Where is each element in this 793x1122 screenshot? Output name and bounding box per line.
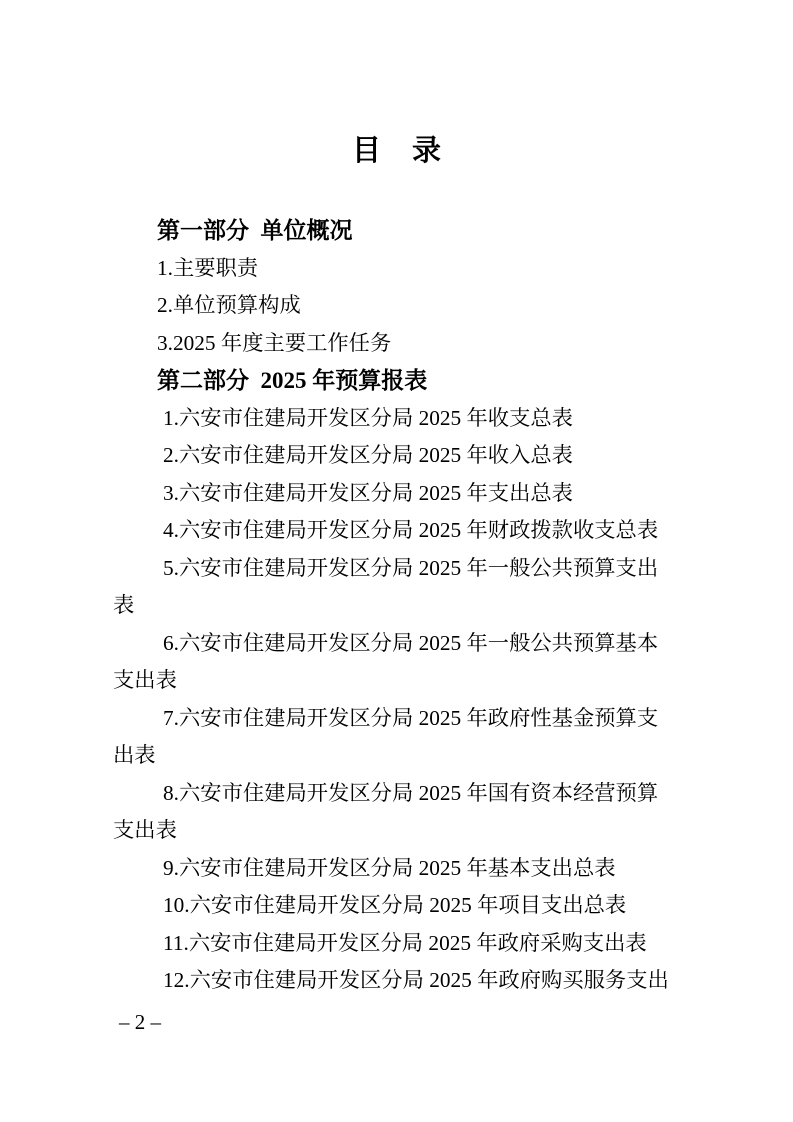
toc-item-line: 5.六安市住建局开发区分局 2025 年一般公共预算支出: [113, 550, 681, 588]
toc-item: 3.2025 年度主要工作任务: [113, 325, 681, 363]
toc-item: 9.六安市住建局开发区分局 2025 年基本支出总表: [113, 850, 681, 888]
toc-item-line: 11.六安市住建局开发区分局 2025 年政府采购支出表: [113, 925, 681, 963]
toc-item-line: 8.六安市住建局开发区分局 2025 年国有资本经营预算: [113, 775, 681, 813]
toc-heading-part2: 第二部分 2025 年预算报表: [113, 362, 681, 400]
toc-item: 11.六安市住建局开发区分局 2025 年政府采购支出表: [113, 925, 681, 963]
toc-item: 4.六安市住建局开发区分局 2025 年财政拨款收支总表: [113, 512, 681, 550]
toc-item-line: 1.主要职责: [113, 250, 681, 288]
toc-item-line-continuation: 表: [113, 587, 681, 625]
toc-item-line: 3.2025 年度主要工作任务: [113, 325, 681, 363]
toc-item-line: 4.六安市住建局开发区分局 2025 年财政拨款收支总表: [113, 512, 681, 550]
toc-item: 2.六安市住建局开发区分局 2025 年收入总表: [113, 437, 681, 475]
toc-item-line: 1.六安市住建局开发区分局 2025 年收支总表: [113, 400, 681, 438]
toc-item-line: 6.六安市住建局开发区分局 2025 年一般公共预算基本: [113, 625, 681, 663]
toc-section-part2: 第二部分 2025 年预算报表 1.六安市住建局开发区分局 2025 年收支总表…: [113, 362, 681, 1000]
toc-item: 1.主要职责: [113, 250, 681, 288]
toc-item-line-continuation: 支出表: [113, 662, 681, 700]
toc-item-line: 10.六安市住建局开发区分局 2025 年项目支出总表: [113, 887, 681, 925]
toc-heading-part1: 第一部分 单位概况: [113, 212, 681, 250]
toc-item-line: 12.六安市住建局开发区分局 2025 年政府购买服务支出: [113, 962, 681, 1000]
toc-item: 7.六安市住建局开发区分局 2025 年政府性基金预算支 出表: [113, 700, 681, 775]
toc-item: 5.六安市住建局开发区分局 2025 年一般公共预算支出 表: [113, 550, 681, 625]
toc-item: 1.六安市住建局开发区分局 2025 年收支总表: [113, 400, 681, 438]
toc-item-line: 2.六安市住建局开发区分局 2025 年收入总表: [113, 437, 681, 475]
toc-item: 10.六安市住建局开发区分局 2025 年项目支出总表: [113, 887, 681, 925]
toc-item-line: 2.单位预算构成: [113, 287, 681, 325]
toc-item: 3.六安市住建局开发区分局 2025 年支出总表: [113, 475, 681, 513]
toc-content: 目 录 第一部分 单位概况 1.主要职责 2.单位预算构成 3.2025 年度主…: [113, 0, 681, 1000]
toc-item: 6.六安市住建局开发区分局 2025 年一般公共预算基本 支出表: [113, 625, 681, 700]
toc-item-line: 3.六安市住建局开发区分局 2025 年支出总表: [113, 475, 681, 513]
toc-item-line-continuation: 出表: [113, 737, 681, 775]
toc-item-line-continuation: 支出表: [113, 812, 681, 850]
toc-item: 2.单位预算构成: [113, 287, 681, 325]
page-number: – 2 –: [119, 1008, 161, 1036]
toc-item: 12.六安市住建局开发区分局 2025 年政府购买服务支出: [113, 962, 681, 1000]
toc-item-line: 9.六安市住建局开发区分局 2025 年基本支出总表: [113, 850, 681, 888]
toc-section-part1: 第一部分 单位概况 1.主要职责 2.单位预算构成 3.2025 年度主要工作任…: [113, 212, 681, 362]
page-title: 目 录: [113, 0, 681, 171]
toc-item-line: 7.六安市住建局开发区分局 2025 年政府性基金预算支: [113, 700, 681, 738]
toc-item: 8.六安市住建局开发区分局 2025 年国有资本经营预算 支出表: [113, 775, 681, 850]
document-page: 目 录 第一部分 单位概况 1.主要职责 2.单位预算构成 3.2025 年度主…: [0, 0, 793, 1122]
